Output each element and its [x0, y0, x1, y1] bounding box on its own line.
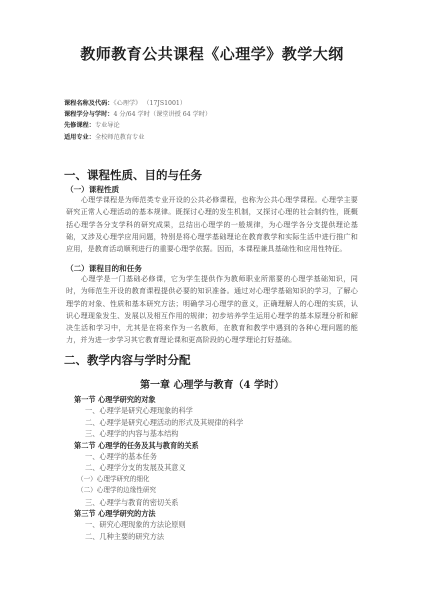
section-title: 第一节 心理学研究的对象: [74, 394, 243, 405]
outline-item: 二、心理学是研究心理活动的形式及其规律的科学: [74, 417, 243, 428]
meta-label: 先修课程：: [64, 122, 95, 129]
course-meta: 课程名称及代码：《心理学》 （17JS1001） 课程学分与学时：4 分/64 …: [64, 98, 211, 143]
meta-prerequisite: 先修课程：专业导论: [64, 120, 211, 131]
section-1-heading: 一、课程性质、目的与任务: [64, 167, 202, 183]
chapter-outline: 第一节 心理学研究的对象 一、心理学是研究心理现象的科学 二、心理学是研究心理活…: [74, 394, 243, 542]
outline-item: 二、几种主要的研究方法: [74, 531, 243, 542]
document-title: 教师教育公共课程《心理学》教学大纲: [0, 43, 424, 64]
course-nature-paragraph: 心理学课程是为师范类专业开设的公共必修课程，也称为公共心理学课程。心理学主要研究…: [66, 194, 358, 255]
meta-label: 适用专业：: [64, 134, 95, 141]
meta-value: 全校师范教育专业: [95, 134, 145, 141]
outline-item: 一、心理学是研究心理现象的科学: [74, 405, 243, 416]
section-2-heading: 二、教学内容与学时分配: [64, 352, 191, 368]
meta-label: 课程学分与学时：: [64, 111, 114, 118]
outline-subitem: （二）心理学的边缘性研究: [74, 485, 243, 496]
meta-value: 《心理学》 （17JS1001）: [114, 100, 187, 107]
meta-credits: 课程学分与学时：4 分/64 学时（课堂讲授 64 学时）: [64, 109, 211, 120]
outline-subitem: （一）心理学研究的细化: [74, 474, 243, 485]
outline-item: 二、心理学分支的发展及其意义: [74, 462, 243, 473]
outline-item: 一、研究心理现象的方法论原则: [74, 519, 243, 530]
course-goals-paragraph: 心理学是一门基础必修课，它为学生提供作为教师职业所需要的心理学基础知识，同时，为…: [66, 273, 358, 347]
meta-majors: 适用专业：全校师范教育专业: [64, 132, 211, 143]
meta-value: 4 分/64 学时（课堂讲授 64 学时）: [114, 111, 212, 118]
section-title: 第三节 心理学研究的方法: [74, 508, 243, 519]
section-title: 第二节 心理学的任务及其与教育的关系: [74, 440, 243, 451]
document-page: 教师教育公共课程《心理学》教学大纲 课程名称及代码：《心理学》 （17JS100…: [0, 0, 424, 600]
chapter-heading: 第一章 心理学与教育（4 学时）: [0, 376, 424, 391]
outline-item: 三、心理学的内容与基本结构: [74, 428, 243, 439]
outline-item: 三、心理学与教育的密切关系: [74, 497, 243, 508]
meta-label: 课程名称及代码：: [64, 100, 114, 107]
outline-item: 一、心理学的基本任务: [74, 451, 243, 462]
meta-value: 专业导论: [95, 122, 120, 129]
meta-course-name: 课程名称及代码：《心理学》 （17JS1001）: [64, 98, 211, 109]
